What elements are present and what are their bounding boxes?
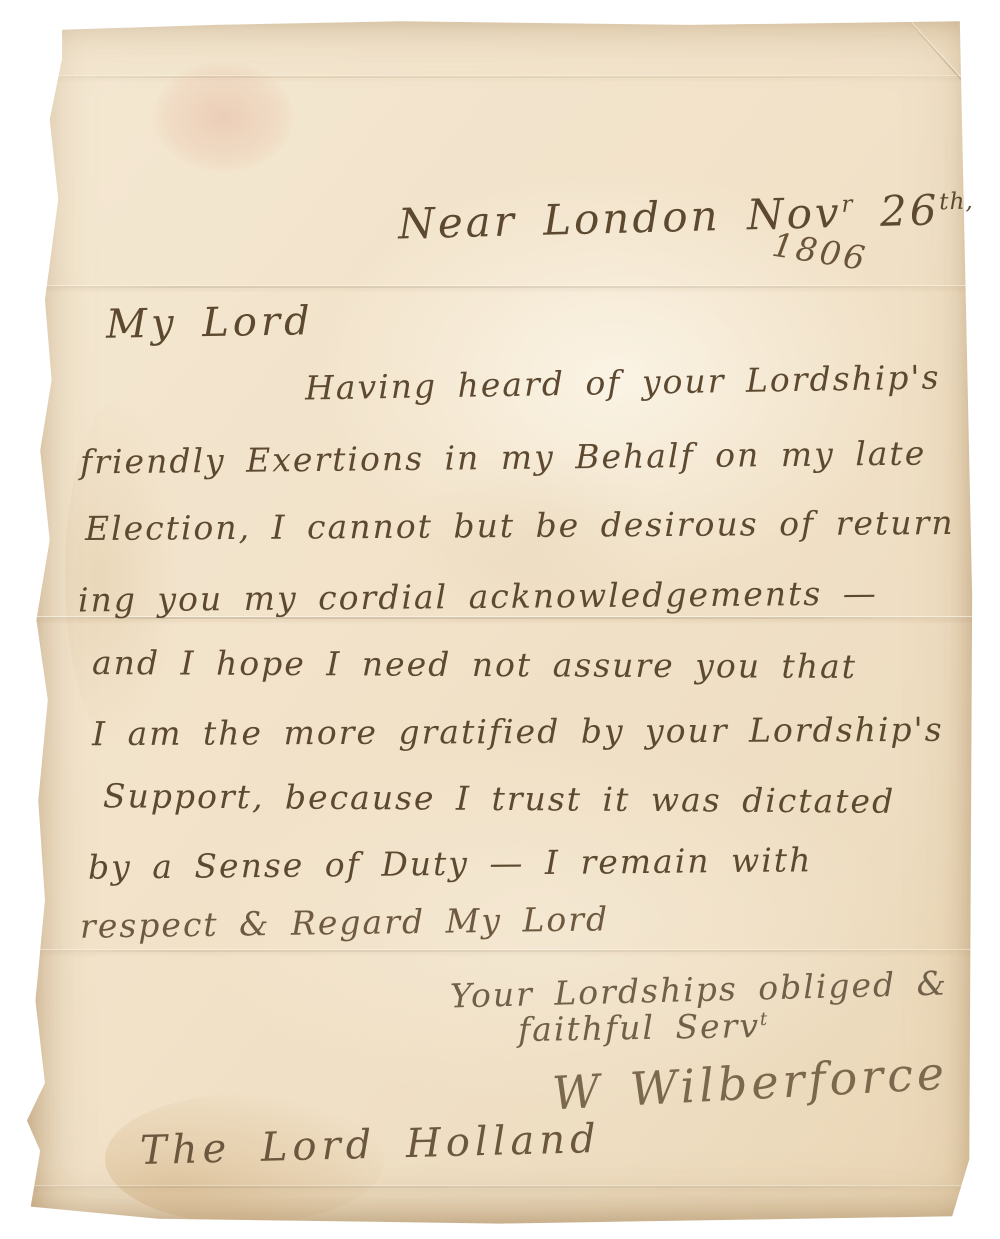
body-line: and I hope I need not assure you that <box>92 643 857 686</box>
body-line: Election, I cannot but be desirous of re… <box>85 503 955 548</box>
letter-scan: Near London Novr 26th, 1806 My Lord Havi… <box>0 0 1000 1239</box>
body-line: Support, because I trust it was dictated <box>103 776 895 821</box>
closing-line: faithful Servt <box>518 1006 769 1049</box>
dateline-month-superscript: r <box>841 192 854 218</box>
closing-line-text: faithful Serv <box>518 1006 761 1049</box>
dateline-day: 26 <box>879 185 940 236</box>
body-line: ing you my cordial acknowledgements — <box>78 574 878 620</box>
body-line: I am the more gratified by your Lordship… <box>92 710 944 753</box>
closing-superscript: t <box>760 1009 769 1030</box>
salutation: My Lord <box>106 298 314 348</box>
dateline-place: Near London <box>397 191 721 248</box>
dateline-day-superscript: th, <box>939 188 974 215</box>
body-line: respect & Regard My Lord <box>80 899 610 945</box>
body-line: by a Sense of Duty — I remain with <box>88 840 813 887</box>
